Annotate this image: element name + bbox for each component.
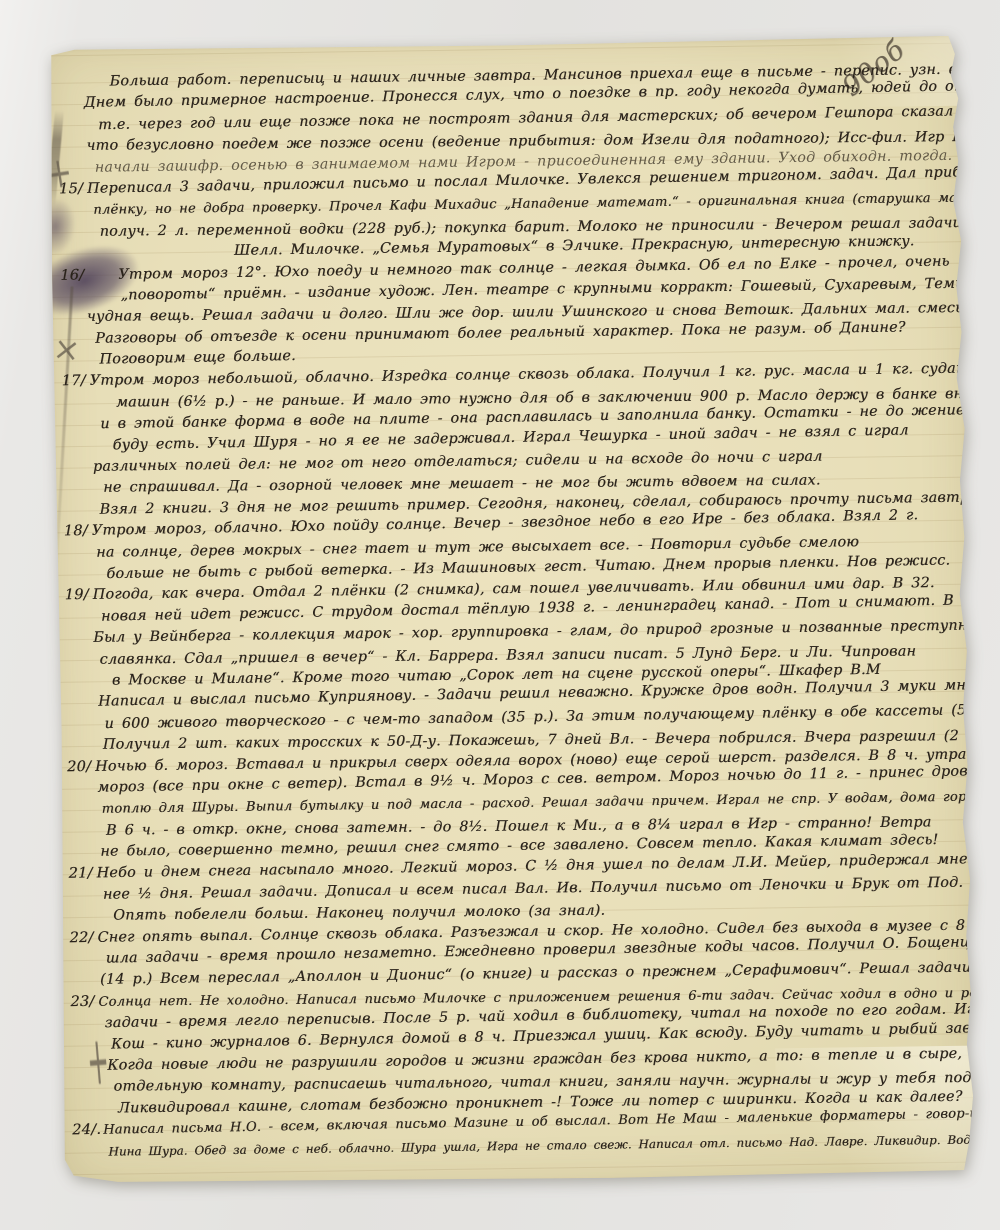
entry-number: 23/: [70, 992, 98, 1014]
scan-background: 90об Больша работ. переписыц и наших лич…: [0, 0, 1000, 1230]
entry-number: 19/: [65, 585, 93, 607]
handwritten-text: Опять побелели больш. Наконец получил мо…: [113, 903, 605, 924]
handwritten-text: Поговорим еще больше.: [99, 348, 296, 368]
entry-number: 17/: [62, 371, 90, 393]
entry-number: 16/: [60, 265, 88, 287]
manuscript-text: Больша работ. переписыц и наших личные з…: [83, 60, 966, 1176]
ink-stain-edge: [37, 196, 80, 259]
entry-number: 20/: [67, 756, 95, 778]
entry-number: 24/.: [72, 1120, 101, 1142]
pencil-mark: +: [43, 148, 75, 200]
pencil-mark: ×: [51, 329, 82, 370]
entry-number: 18/: [64, 521, 92, 543]
manuscript-page: 90об Больша работ. переписыц и наших лич…: [47, 36, 977, 1189]
entry-number: 22/: [69, 927, 97, 949]
handwritten-text: не спрашивал. Да - озорной человек мне м…: [103, 473, 821, 496]
entry-number: 21/: [68, 864, 96, 886]
